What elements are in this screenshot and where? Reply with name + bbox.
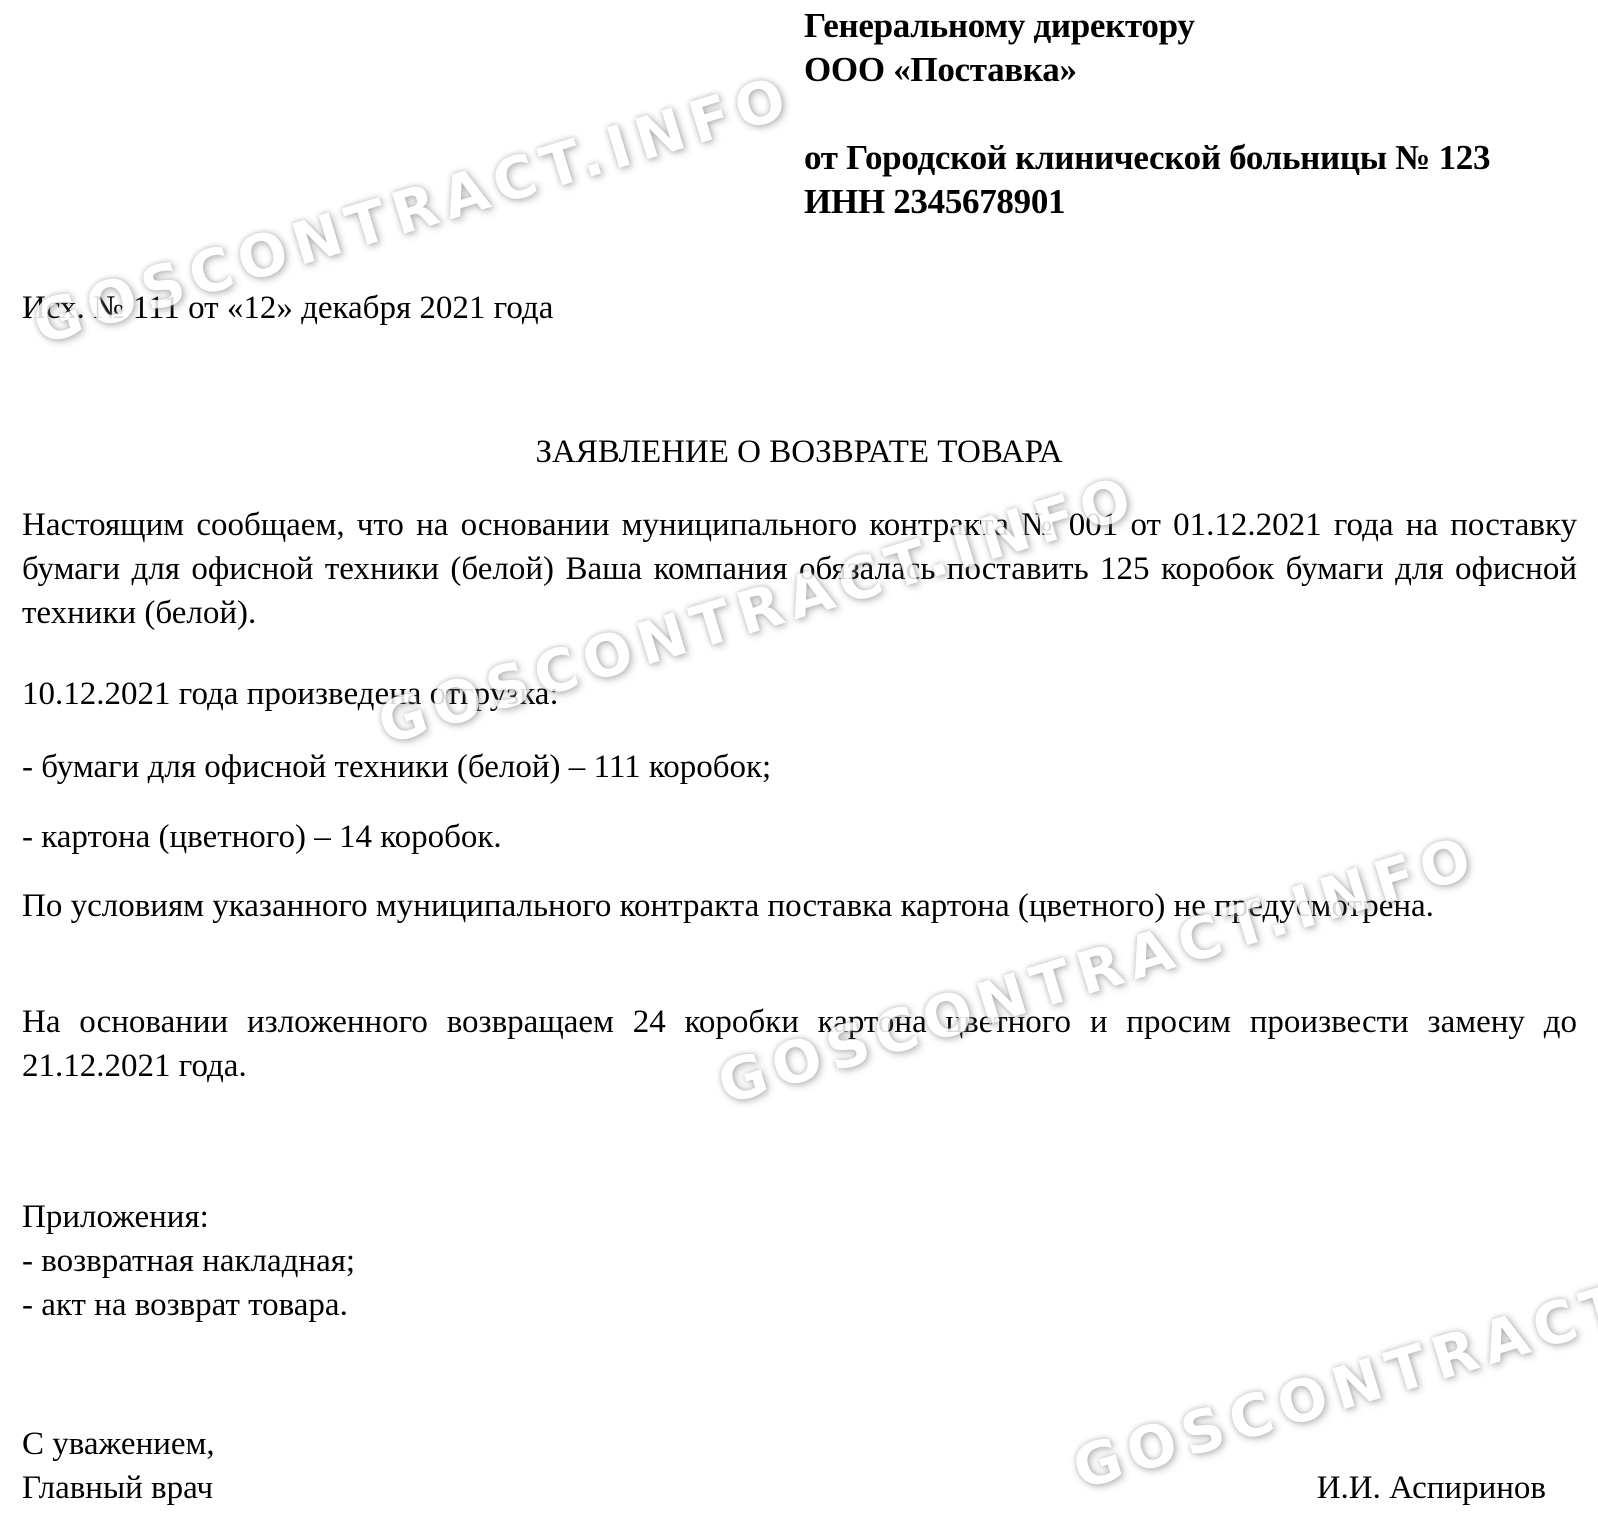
document-title: ЗАЯВЛЕНИЕ О ВОЗВРАТЕ ТОВАРА bbox=[0, 432, 1598, 472]
watermark: GOSCONTRACT.INFO bbox=[1065, 1207, 1598, 1503]
addressee-company: ООО «Поставка» bbox=[804, 48, 1490, 92]
paragraph-contract: Настоящим сообщаем, что на основании мун… bbox=[22, 503, 1577, 635]
shipment-item-paper: - бумаги для офисной техники (белой) – 1… bbox=[22, 745, 1577, 789]
addressee-position: Генеральному директору bbox=[804, 4, 1490, 48]
signatory-name: И.И. Аспиринов bbox=[1317, 1466, 1546, 1510]
addressee-block: Генеральному директору ООО «Поставка» от… bbox=[804, 4, 1490, 224]
paragraph-return-request: На основании изложенного возвращаем 24 к… bbox=[22, 1000, 1577, 1088]
document-page: Генеральному директору ООО «Поставка» от… bbox=[0, 0, 1598, 1535]
attachment-item: - возвратная накладная; bbox=[22, 1239, 355, 1283]
closing-block: С уважением, Главный врач bbox=[22, 1422, 215, 1510]
addressee-spacer bbox=[804, 92, 1490, 136]
paragraph-shipment: 10.12.2021 года произведена отгрузка: bbox=[22, 672, 1577, 716]
signatory-position: Главный врач bbox=[22, 1466, 215, 1510]
outgoing-reference: Исх. № 111 от «12» декабря 2021 года bbox=[22, 288, 553, 328]
closing-regards: С уважением, bbox=[22, 1422, 215, 1466]
sender-organization: от Городской клинической больницы № 123 bbox=[804, 136, 1490, 180]
attachments-heading: Приложения: bbox=[22, 1195, 355, 1239]
shipment-item-cardboard: - картона (цветного) – 14 коробок. bbox=[22, 815, 1577, 859]
sender-inn: ИНН 2345678901 bbox=[804, 180, 1490, 224]
attachments-block: Приложения: - возвратная накладная; - ак… bbox=[22, 1195, 355, 1327]
attachment-item: - акт на возврат товара. bbox=[22, 1283, 355, 1327]
paragraph-conditions: По условиям указанного муниципального ко… bbox=[22, 884, 1577, 928]
